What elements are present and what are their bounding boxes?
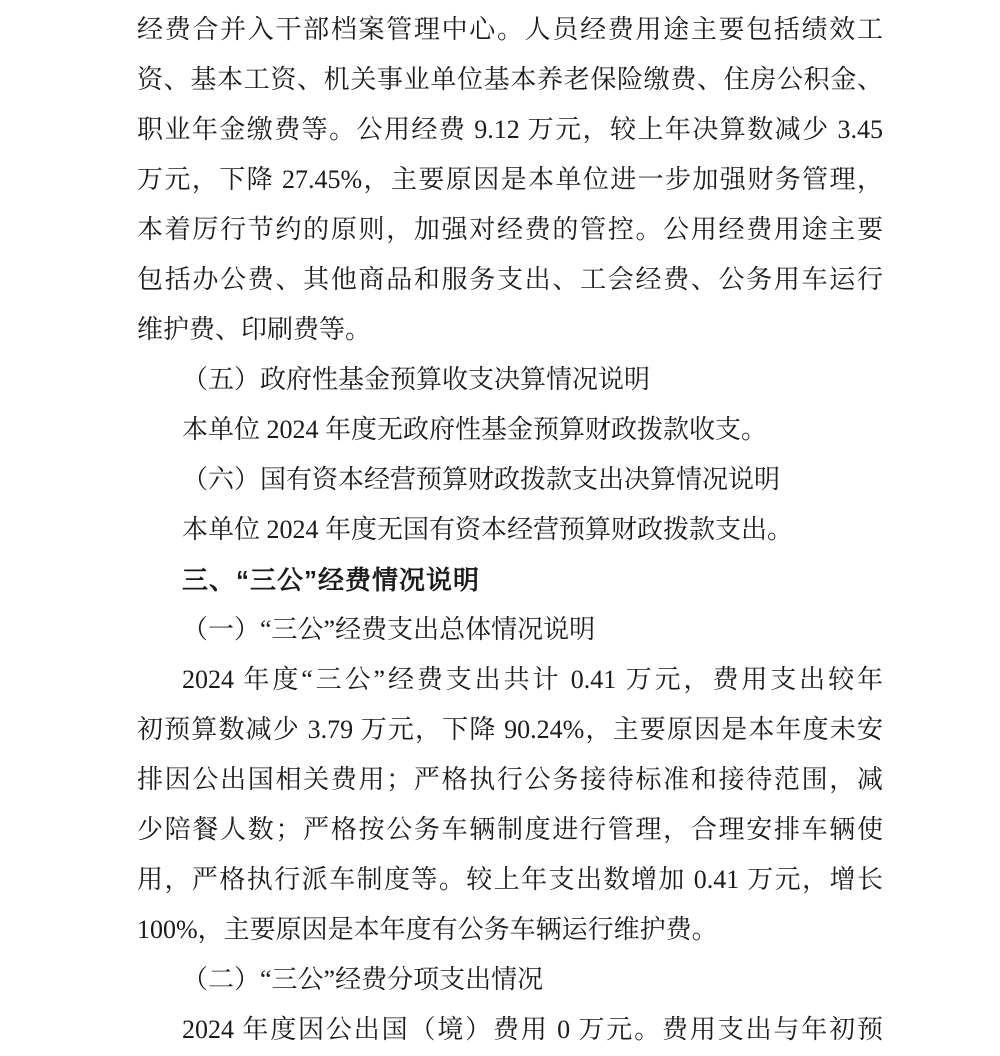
paragraph-line: 经费合并入干部档案管理中心。人员经费用途主要包括绩效工 — [137, 5, 883, 55]
heading-sangong-itemized: （二）“三公”经费分项支出情况 — [137, 955, 883, 1005]
paragraph-line: 少陪餐人数；严格按公务车辆制度进行管理，合理安排车辆使 — [137, 805, 883, 855]
paragraph-line: 万元，下降 27.45%，主要原因是本单位进一步加强财务管理， — [137, 155, 883, 205]
paragraph-line: 本着厉行节约的原则，加强对经费的管控。公用经费用途主要 — [137, 205, 883, 255]
heading-sangong-overall: （一）“三公”经费支出总体情况说明 — [137, 605, 883, 655]
paragraph-line: 初预算数减少 3.79 万元，下降 90.24%，主要原因是本年度未安 — [137, 705, 883, 755]
heading-section-5: （五）政府性基金预算收支决算情况说明 — [137, 355, 883, 405]
paragraph-line: 职业年金缴费等。公用经费 9.12 万元，较上年决算数减少 3.45 — [137, 105, 883, 155]
paragraph-line: 2024 年度“三公”经费支出共计 0.41 万元，费用支出较年 — [137, 655, 883, 705]
document-page: 经费合并入干部档案管理中心。人员经费用途主要包括绩效工 资、基本工资、机关事业单… — [0, 0, 1000, 1056]
heading-section-6: （六）国有资本经营预算财政拨款支出决算情况说明 — [137, 455, 883, 505]
text-column: 经费合并入干部档案管理中心。人员经费用途主要包括绩效工 资、基本工资、机关事业单… — [137, 5, 883, 1055]
paragraph-line: 2024 年度因公出国（境）费用 0 万元。费用支出与年初预 — [137, 1005, 883, 1055]
paragraph-line-end: 维护费、印刷费等。 — [137, 305, 883, 355]
paragraph-line-end: 100%，主要原因是本年度有公务车辆运行维护费。 — [137, 905, 883, 955]
paragraph-line: 本单位 2024 年度无国有资本经营预算财政拨款支出。 — [137, 505, 883, 555]
paragraph-line: 资、基本工资、机关事业单位基本养老保险缴费、住房公积金、 — [137, 55, 883, 105]
paragraph-line: 包括办公费、其他商品和服务支出、工会经费、公务用车运行 — [137, 255, 883, 305]
paragraph-line: 用，严格执行派车制度等。较上年支出数增加 0.41 万元，增长 — [137, 855, 883, 905]
paragraph-line: 排因公出国相关费用；严格执行公务接待标准和接待范围，减 — [137, 755, 883, 805]
heading-sangong-expenses: 三、“三公”经费情况说明 — [137, 555, 883, 605]
paragraph-line: 本单位 2024 年度无政府性基金预算财政拨款收支。 — [137, 405, 883, 455]
